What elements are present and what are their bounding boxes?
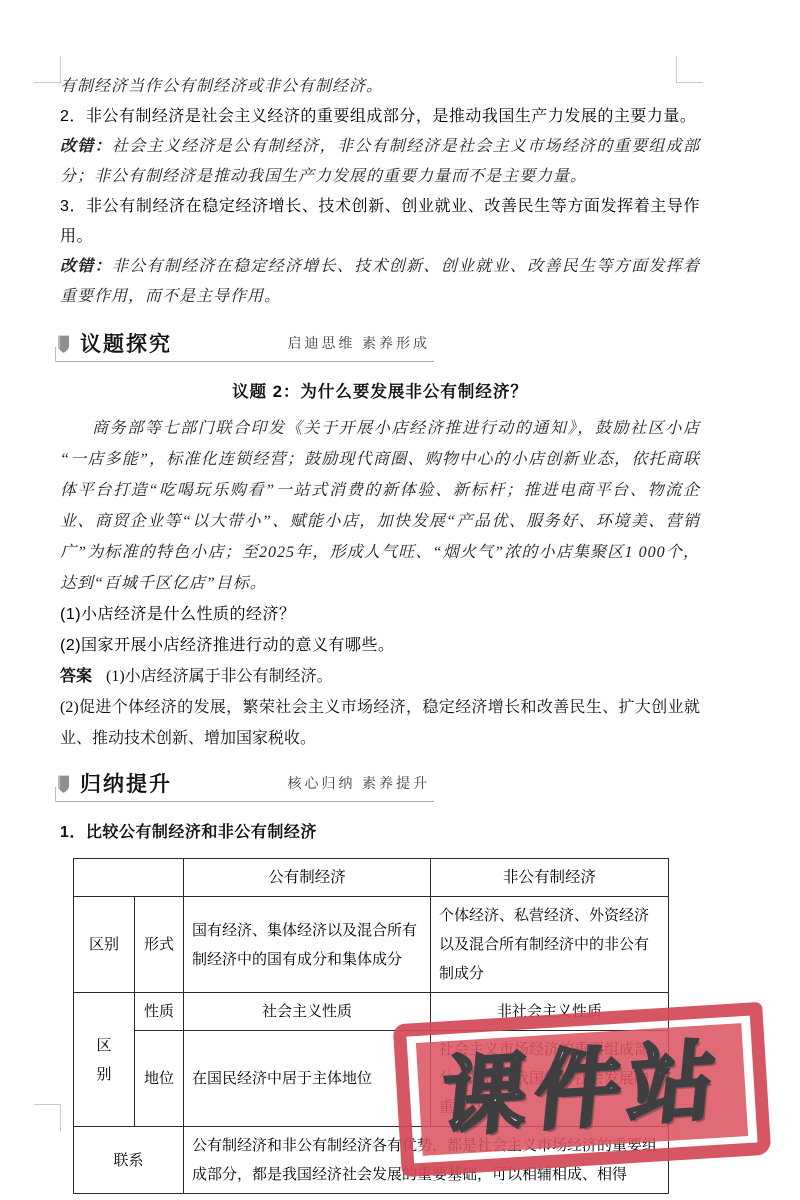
section-title: 议题探究 bbox=[80, 334, 172, 355]
correction-2-text: 社会主义经济是公有制经济，非公有制经济是社会主义市场经济的重要组成部分；非公有制… bbox=[60, 138, 700, 185]
shield-icon bbox=[56, 335, 71, 354]
header-cell-blank bbox=[74, 859, 184, 897]
document-page: { "intro": { "carryover": "有制经济当作公有制经济或非… bbox=[0, 0, 800, 1200]
answer-1: (1)小店经济属于非公有制经济。 bbox=[106, 668, 333, 685]
watermark-stamp-text: 课件站 bbox=[437, 1038, 727, 1142]
answer-2: (2)促进个体经济的发展，繁荣社会主义市场经济，稳定经济增长和改善民生、扩大创业… bbox=[60, 692, 700, 754]
question-1: (1)小店经济是什么性质的经济？ bbox=[60, 599, 700, 630]
page-margin-mark-bottom-left bbox=[34, 1104, 61, 1131]
correction-3: 改错：非公有制经济在稳定经济增长、技术创新、创业就业、改善民生等方面发挥着重要作… bbox=[60, 252, 700, 312]
cell-form-nonpublic: 个体经济、私营经济、外资经济以及混合所有制经济中的非公有制成分 bbox=[431, 897, 669, 993]
material-paragraph: 商务部等七部门联合印发《关于开展小店经济推进行动的通知》，鼓励社区小店“一店多能… bbox=[60, 413, 700, 599]
section-subtitle: 启迪思维 素养形成 bbox=[288, 338, 431, 352]
compare-heading: 1．比较公有制经济和非公有制经济 bbox=[60, 818, 700, 848]
question-2: (2)国家开展小店经济推进行动的意义有哪些。 bbox=[60, 630, 700, 661]
cell-group-difference: 区别 bbox=[74, 897, 135, 993]
section-header-summary: 归纳提升 核心归纳 素养提升 bbox=[56, 774, 434, 802]
table-row-form: 区别 形式 国有经济、集体经济以及混合所有制经济中的国有成分和集体成分 个体经济… bbox=[74, 897, 669, 993]
page-margin-mark-top-left bbox=[34, 56, 61, 83]
correction-3-label: 改错： bbox=[60, 258, 112, 275]
statement-2: 2．非公有制经济是社会主义经济的重要组成部分，是推动我国生产力发展的主要力量。 bbox=[60, 102, 700, 132]
answer-line-1: 答案(1)小店经济属于非公有制经济。 bbox=[60, 661, 700, 692]
cell-group-difference-2: 区 别 bbox=[74, 993, 135, 1127]
cell-label-form: 形式 bbox=[135, 897, 184, 993]
statement-3: 3．非公有制经济在稳定经济增长、技术创新、创业就业、改善民生等方面发挥着主导作用… bbox=[60, 192, 700, 252]
answer-label: 答案 bbox=[60, 668, 92, 685]
correction-3-text: 非公有制经济在稳定经济增长、技术创新、创业就业、改善民生等方面发挥着重要作用，而… bbox=[60, 258, 700, 305]
section-title: 归纳提升 bbox=[80, 774, 172, 795]
correction-2: 改错：社会主义经济是公有制经济，非公有制经济是社会主义市场经济的重要组成部分；非… bbox=[60, 132, 700, 192]
header-cell-public: 公有制经济 bbox=[184, 859, 431, 897]
carryover-line: 有制经济当作公有制经济或非公有制经济。 bbox=[60, 72, 700, 102]
cell-form-public: 国有经济、集体经济以及混合所有制经济中的国有成分和集体成分 bbox=[184, 897, 431, 993]
table-header-row: 公有制经济 非公有制经济 bbox=[74, 859, 669, 897]
watermark-stamp: 课件站 bbox=[393, 1002, 772, 1177]
section-subtitle: 核心归纳 素养提升 bbox=[288, 778, 431, 792]
cell-nature-public: 社会主义性质 bbox=[184, 993, 431, 1031]
header-cell-nonpublic: 非公有制经济 bbox=[431, 859, 669, 897]
section-header-inquiry: 议题探究 启迪思维 素养形成 bbox=[56, 334, 434, 362]
topic-title: 议题 2：为什么要发展非公有制经济？ bbox=[60, 377, 700, 407]
shield-icon bbox=[56, 775, 71, 794]
cell-label-link: 联系 bbox=[74, 1127, 184, 1194]
cell-label-status: 地位 bbox=[135, 1031, 184, 1127]
correction-2-label: 改错： bbox=[60, 138, 112, 155]
cell-label-nature: 性质 bbox=[135, 993, 184, 1031]
